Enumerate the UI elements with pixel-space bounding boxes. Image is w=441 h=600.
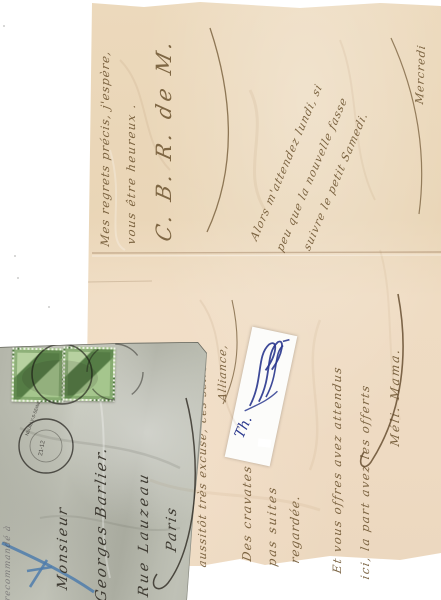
scanned-correspondence-photo: Mes regrets précis, j'espère, vous être … <box>0 0 441 600</box>
closing-flourish <box>361 294 403 467</box>
paper-tear <box>258 438 272 447</box>
bracket-flourish <box>207 28 228 232</box>
bracket-flourish <box>391 38 422 214</box>
bracket-flourish <box>223 300 237 404</box>
letter-creases-and-flourishes <box>0 0 441 600</box>
